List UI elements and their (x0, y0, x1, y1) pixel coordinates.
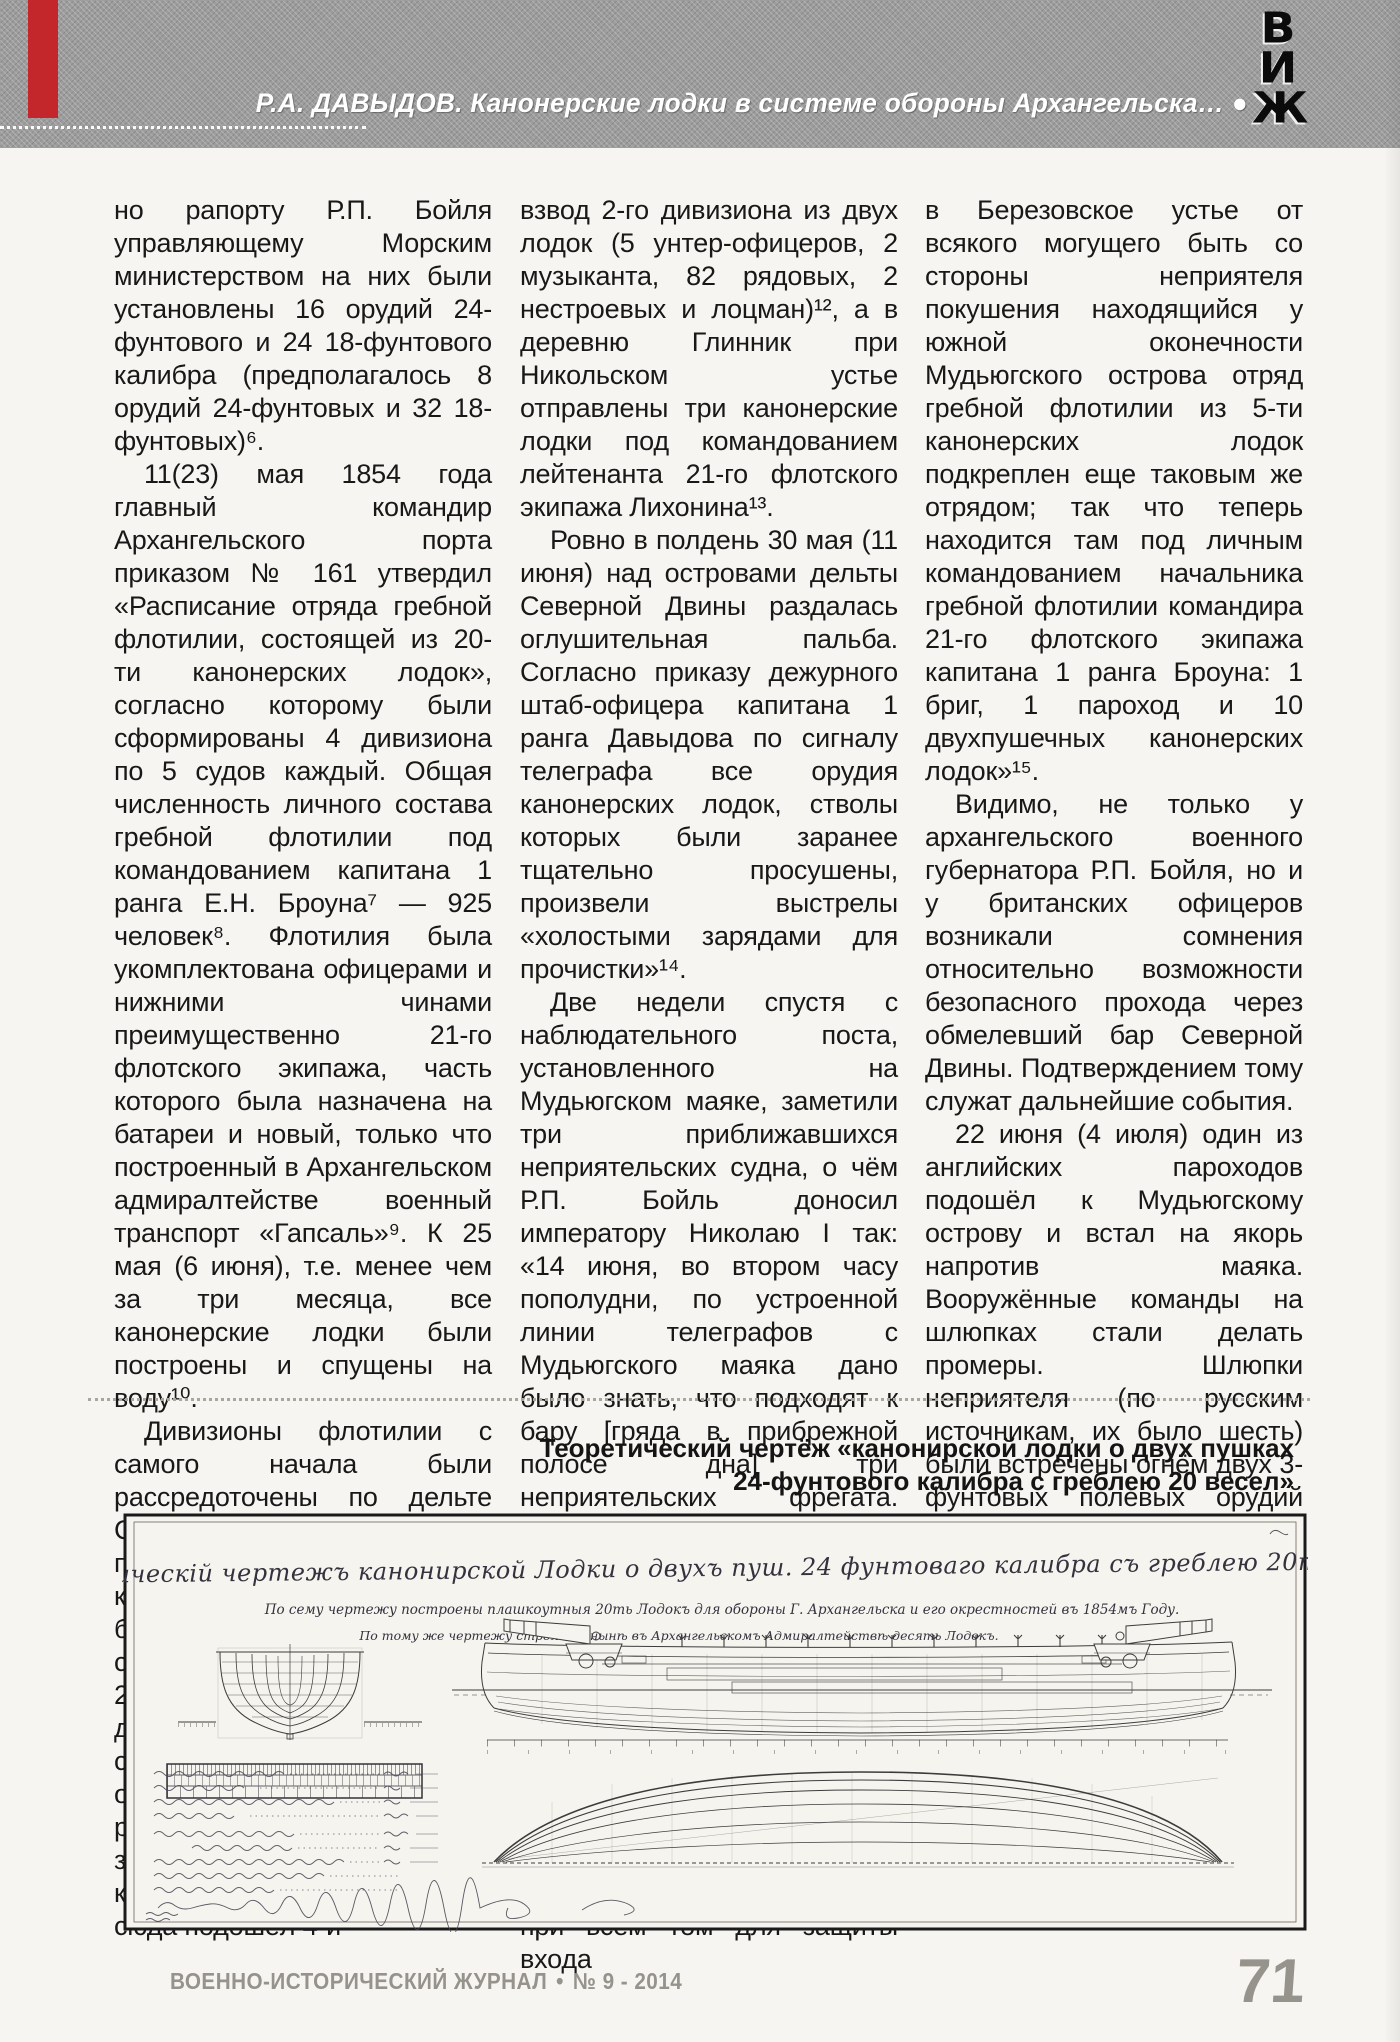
issue-number: № 9 - 2014 (573, 1968, 682, 1994)
paragraph: Видимо, не только у архангельского военн… (925, 788, 1303, 1118)
dashed-rule-icon (0, 126, 366, 129)
figure-caption-line1: Теоретический чертёж «канонирской лодки … (540, 1432, 1294, 1465)
paragraph: 11(23) мая 1854 года главный командир Ар… (114, 458, 492, 1415)
logo-letter-i: И (1252, 50, 1304, 87)
scan-shadow (1384, 0, 1400, 2042)
paragraph: взвод 2-го дивизиона из двух лодок (5 ун… (520, 194, 898, 524)
red-accent-bar (28, 0, 58, 118)
figure-caption-line2: 24-фунтового калибра с греблею 20 весел» (540, 1465, 1294, 1498)
drawing-subtitle-script: По сему чертежу построены плашкоутныя 20… (264, 1602, 1180, 1618)
gunboat-draught-drawing: Теоретическій чертежъ канонирской Лодки … (122, 1512, 1308, 1932)
logo-letter-zh: Ж (1252, 90, 1304, 127)
running-header: Р.А. ДАВЫДОВ. Канонерские лодки в систем… (256, 88, 1248, 119)
paragraph: Ровно в полдень 30 мая (11 июня) над ост… (520, 524, 898, 986)
journal-name: ВОЕННО-ИСТОРИЧЕСКИЙ ЖУРНАЛ (170, 1968, 547, 1994)
header-band: Р.А. ДАВЫДОВ. Канонерские лодки в систем… (0, 0, 1400, 148)
ship-drawing-figure: Теоретическій чертежъ канонирской Лодки … (122, 1512, 1308, 1932)
section-separator (88, 1398, 1310, 1401)
journal-logo: В И Ж (1252, 8, 1304, 128)
page-number: 71 (1234, 1946, 1308, 2017)
paragraph: в Березовское устье от всякого могущего … (925, 194, 1303, 788)
figure-caption: Теоретический чертёж «канонирской лодки … (540, 1432, 1294, 1498)
paragraph: но рапорту Р.П. Бойля управляющему Морск… (114, 194, 492, 458)
footer-journal-line: ВОЕННО-ИСТОРИЧЕСКИЙ ЖУРНАЛ•№ 9 - 2014 (170, 1968, 682, 1995)
bullet-icon: • (547, 1968, 573, 1994)
logo-letter-v: В (1252, 10, 1304, 47)
